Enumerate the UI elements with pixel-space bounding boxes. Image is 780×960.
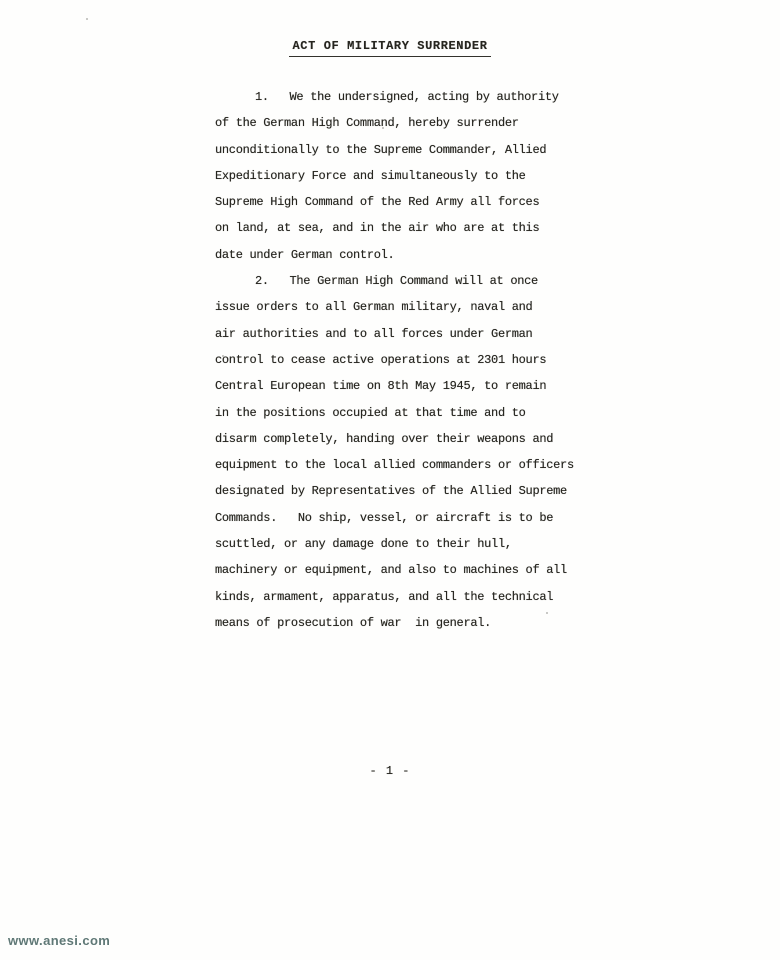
scanned-document-page: ACT OF MILITARY SURRENDER 1. We the unde… — [0, 0, 780, 960]
body-line: 2. The German High Command will at once — [215, 268, 590, 294]
scan-speck — [86, 18, 88, 20]
document-title: ACT OF MILITARY SURRENDER — [289, 39, 490, 57]
title-row: ACT OF MILITARY SURRENDER — [0, 36, 780, 57]
body-line: issue orders to all German military, nav… — [215, 294, 590, 320]
body-line: scuttled, or any damage done to their hu… — [215, 531, 590, 557]
body-line: on land, at sea, and in the air who are … — [215, 215, 590, 241]
body-line: kinds, armament, apparatus, and all the … — [215, 584, 590, 610]
body-line: of the German High Command, hereby surre… — [215, 110, 590, 136]
body-line: disarm completely, handing over their we… — [215, 426, 590, 452]
body-line: in the positions occupied at that time a… — [215, 400, 590, 426]
paragraph-1: 1. We the undersigned, acting by authori… — [215, 84, 590, 268]
scan-speck — [222, 355, 224, 357]
paragraph-2: 2. The German High Command will at once … — [215, 268, 590, 636]
body-line: machinery or equipment, and also to mach… — [215, 557, 590, 583]
document-body: 1. We the undersigned, acting by authori… — [215, 84, 590, 636]
body-line: unconditionally to the Supreme Commander… — [215, 137, 590, 163]
page-number: - 1 - — [0, 764, 780, 778]
body-line: Central European time on 8th May 1945, t… — [215, 373, 590, 399]
watermark-text: www.anesi.com — [8, 933, 110, 948]
scan-speck — [382, 127, 384, 129]
body-line: means of prosecution of war in general. — [215, 610, 590, 636]
body-line: date under German control. — [215, 242, 590, 268]
body-line: equipment to the local allied commanders… — [215, 452, 590, 478]
body-line: designated by Representatives of the All… — [215, 478, 590, 504]
body-line: air authorities and to all forces under … — [215, 321, 590, 347]
body-line: Expeditionary Force and simultaneously t… — [215, 163, 590, 189]
scan-speck — [546, 612, 548, 614]
body-line: control to cease active operations at 23… — [215, 347, 590, 373]
body-line: Commands. No ship, vessel, or aircraft i… — [215, 505, 590, 531]
body-line: Supreme High Command of the Red Army all… — [215, 189, 590, 215]
body-line: 1. We the undersigned, acting by authori… — [215, 84, 590, 110]
